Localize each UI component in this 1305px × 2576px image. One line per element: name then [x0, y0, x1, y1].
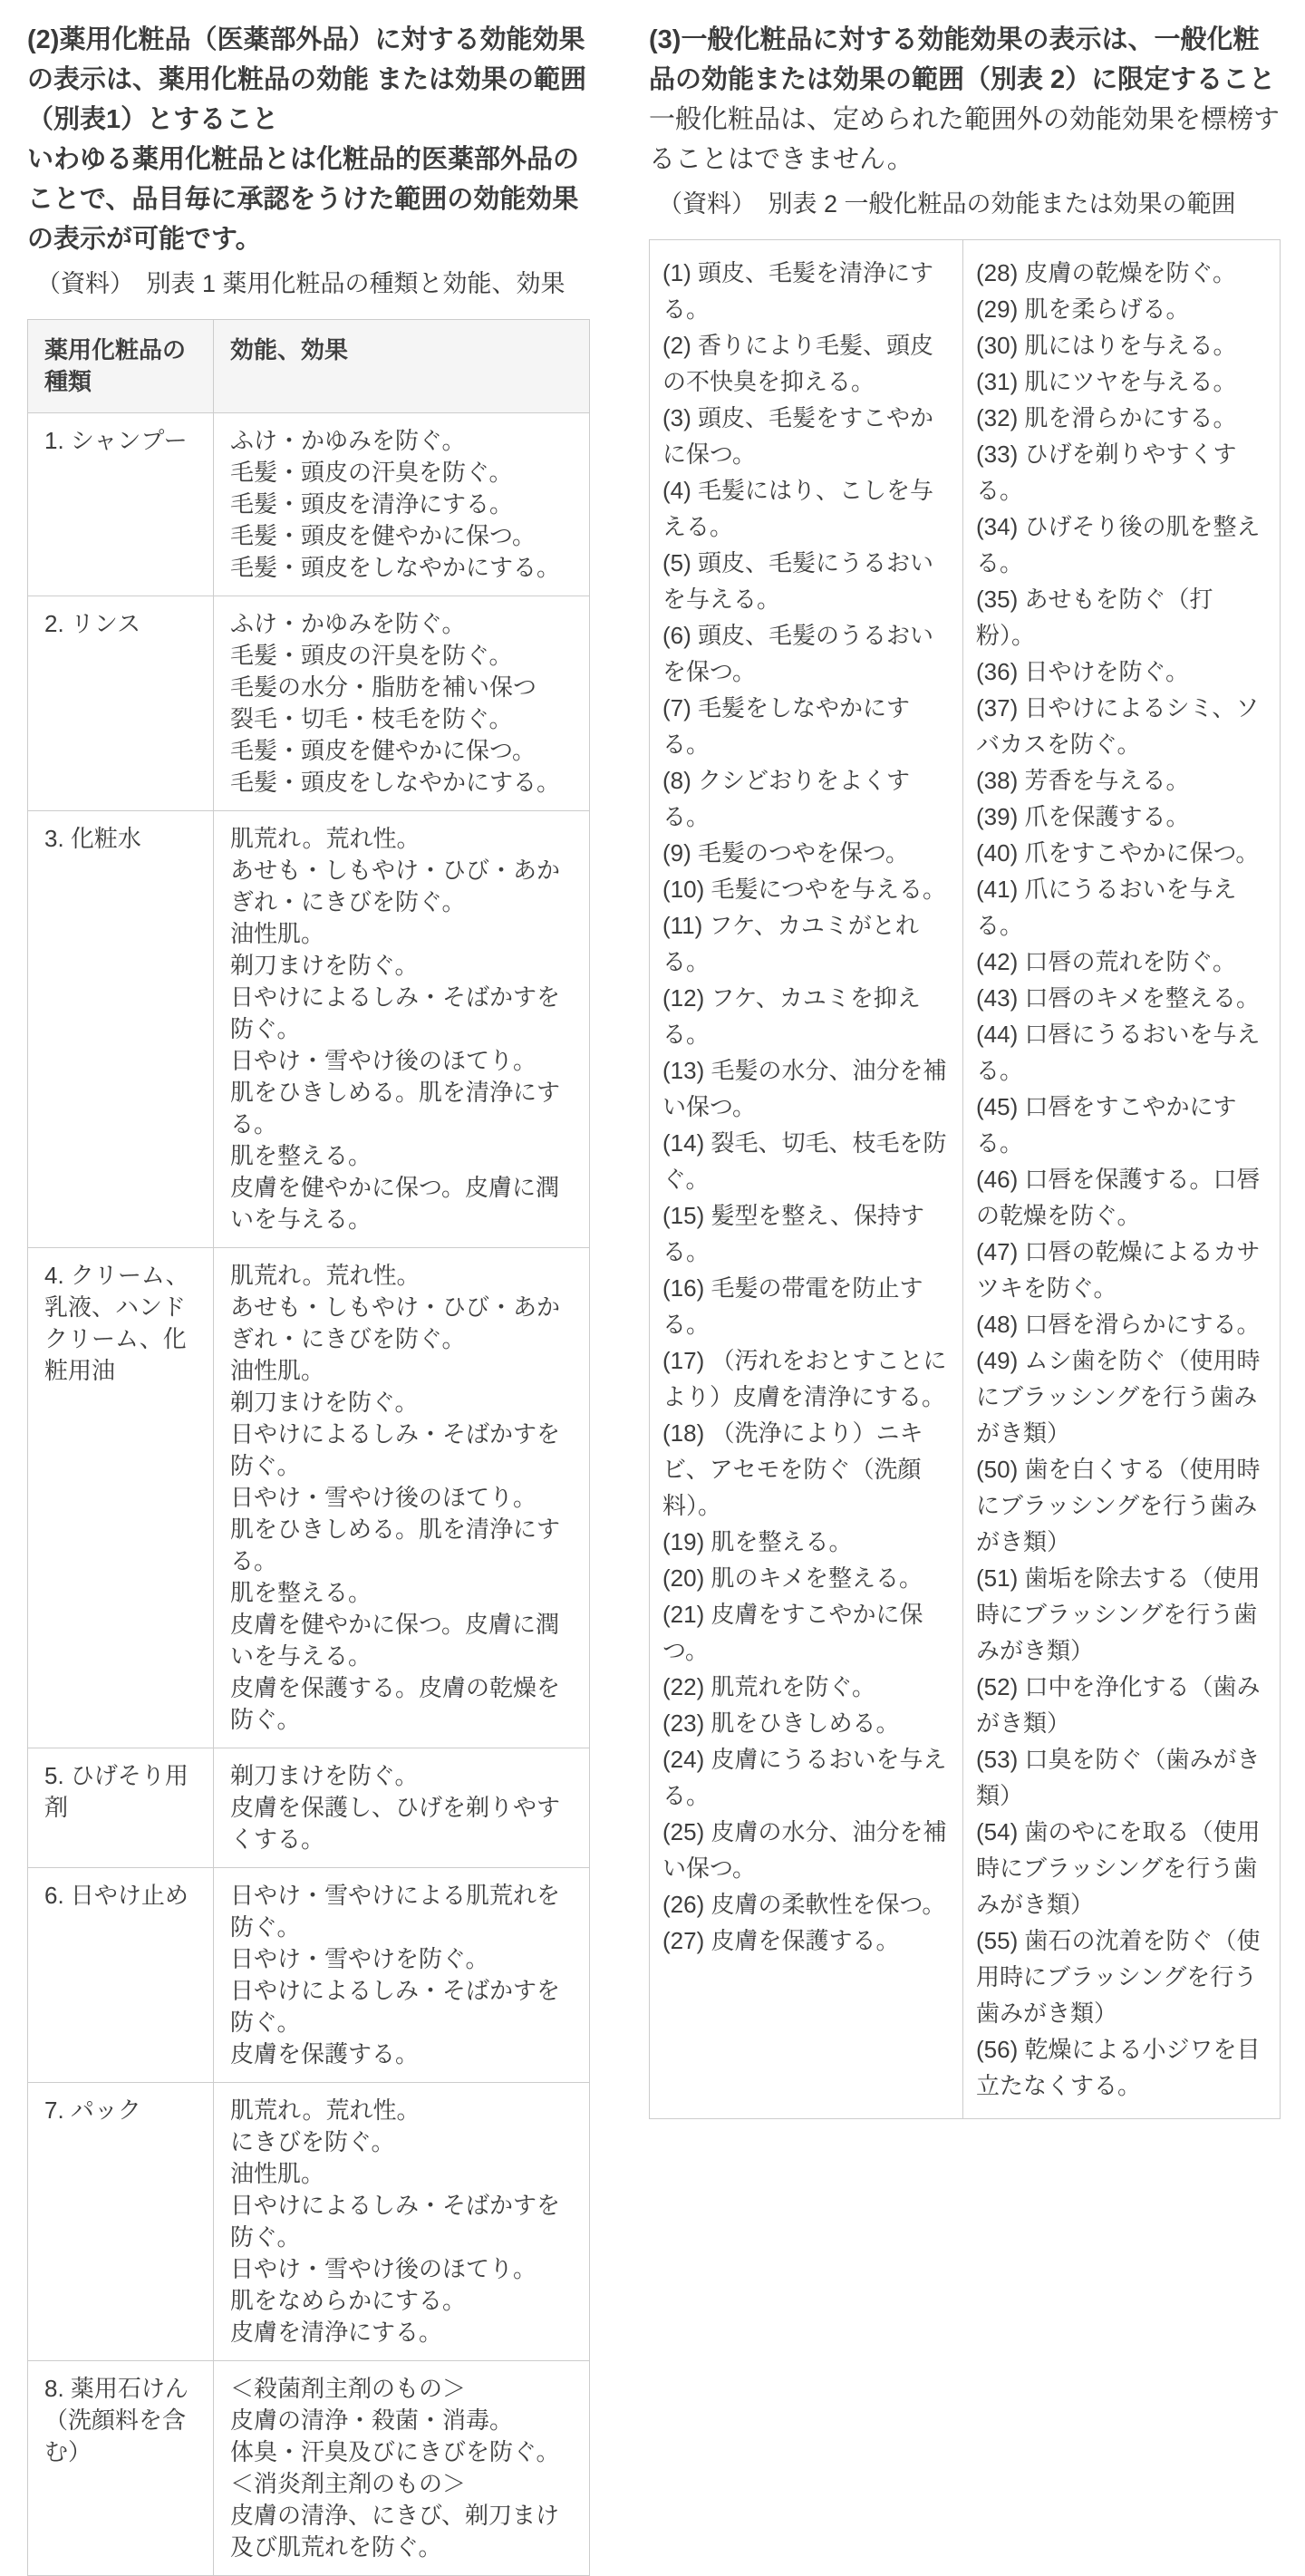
effect-line: ふけ・かゆみを防ぐ。 [230, 425, 573, 457]
effect-line: 日やけによるしみ・そばかすを防ぐ。 [230, 2190, 573, 2253]
effect-item: (15) 髪型を整え、保持する。 [662, 1197, 950, 1270]
product-type-cell: 7. パック [28, 2083, 214, 2361]
effect-line: 日やけ・雪やけ後のほてり。 [230, 1482, 573, 1514]
effect-item: (47) 口唇の乾燥によるカサツキを防ぐ。 [976, 1234, 1267, 1306]
effect-item: (43) 口唇のキメを整える。 [976, 980, 1267, 1016]
page: (2)薬用化粧品（医薬部外品）に対する効能効果の表示は、薬用化粧品の効能 または… [0, 0, 1305, 2576]
effect-line: 肌を整える。 [230, 1577, 573, 1609]
effect-item: (49) ムシ歯を防ぐ（使用時にブラッシングを行う歯みがき類） [976, 1342, 1267, 1451]
effect-item: (52) 口中を浄化する（歯みがき類） [976, 1669, 1267, 1741]
effect-line: ふけ・かゆみを防ぐ。 [230, 608, 573, 640]
effect-line: 毛髪・頭皮をしなやかにする。 [230, 767, 573, 799]
effect-line: 肌をなめらかにする。 [230, 2285, 573, 2317]
effect-item: (20) 肌のキメを整える。 [662, 1560, 950, 1596]
effect-line: 肌荒れ。荒れ性。 [230, 1260, 573, 1292]
table-row: 6. 日やけ止め日やけ・雪やけによる肌荒れを防ぐ。日やけ・雪やけを防ぐ。日やけに… [28, 1868, 590, 2083]
effect-item: (26) 皮膚の柔軟性を保つ。 [662, 1886, 950, 1922]
product-type-cell: 4. クリーム、乳液、ハンドクリーム、化粧用油 [28, 1248, 214, 1748]
effect-item: (5) 頭皮、毛髪にうるおいを与える。 [662, 545, 950, 617]
table-row: 8. 薬用石けん（洗顔料を含む）＜殺菌剤主剤のもの＞皮膚の清浄・殺菌・消毒。体臭… [28, 2361, 590, 2576]
effect-item: (56) 乾燥による小ジワを目立たなくする。 [976, 2031, 1267, 2104]
product-type-cell: 2. リンス [28, 596, 214, 811]
effect-item: (42) 口唇の荒れを防ぐ。 [976, 944, 1267, 980]
effect-item: (12) フケ、カユミを抑える。 [662, 980, 950, 1052]
effects-cell: ふけ・かゆみを防ぐ。毛髪・頭皮の汗臭を防ぐ。毛髪・頭皮を清浄にする。毛髪・頭皮を… [214, 413, 590, 596]
effect-item: (3) 頭皮、毛髪をすこやかに保つ。 [662, 400, 950, 472]
effect-line: 皮膚を保護する。皮膚の乾燥を防ぐ。 [230, 1672, 573, 1736]
effect-line: 肌をひきしめる。肌を清浄にする。 [230, 1077, 573, 1140]
effect-item: (55) 歯石の沈着を防ぐ（使用時にブラッシングを行う歯みがき類） [976, 1922, 1267, 2031]
effect-item: (1) 頭皮、毛髪を清浄にする。 [662, 255, 950, 327]
effect-line: 毛髪・頭皮をしなやかにする。 [230, 552, 573, 584]
effect-line: 肌をひきしめる。肌を清浄にする。 [230, 1514, 573, 1577]
effect-item: (9) 毛髪のつやを保つ。 [662, 835, 950, 871]
effect-item: (36) 日やけを防ぐ。 [976, 654, 1267, 690]
effect-item: (2) 香りにより毛髪、頭皮の不快臭を抑える。 [662, 327, 950, 400]
effect-item: (18) （洗浄により）ニキビ、アセモを防ぐ（洗顔料）。 [662, 1415, 950, 1524]
paragraph-general-cosmetics: 一般化粧品は、定められた範囲外の効能効果を標榜することはできません。 [649, 100, 1280, 179]
effect-line: 油性肌。 [230, 2158, 573, 2190]
effect-line: 皮膚の清浄、にきび、剃刀まけ及び肌荒れを防ぐ。 [230, 2500, 573, 2563]
table-row: 1. シャンプーふけ・かゆみを防ぐ。毛髪・頭皮の汗臭を防ぐ。毛髪・頭皮を清浄にす… [28, 413, 590, 596]
beppyo2-row: (1) 頭皮、毛髪を清浄にする。(2) 香りにより毛髪、頭皮の不快臭を抑える。(… [650, 240, 1281, 2119]
effect-line: 油性肌。 [230, 918, 573, 950]
effect-item: (29) 肌を柔らげる。 [976, 291, 1267, 327]
effect-item: (53) 口臭を防ぐ（歯みがき類） [976, 1741, 1267, 1814]
table-row: 3. 化粧水肌荒れ。荒れ性。あせも・しもやけ・ひび・あかぎれ・にきびを防ぐ。油性… [28, 811, 590, 1248]
caption-beppyo2: （資料） 別表 2 一般化粧品の効能または効果の範囲 [649, 185, 1280, 223]
effect-item: (46) 口唇を保護する。口唇の乾燥を防ぐ。 [976, 1161, 1267, 1234]
effect-line: 日やけによるしみ・そばかすを防ぐ。 [230, 1419, 573, 1482]
effect-item: (23) 肌をひきしめる。 [662, 1705, 950, 1741]
effect-item: (24) 皮膚にうるおいを与える。 [662, 1741, 950, 1814]
effect-line: あせも・しもやけ・ひび・あかぎれ・にきびを防ぐ。 [230, 855, 573, 918]
effects-cell: 日やけ・雪やけによる肌荒れを防ぐ。日やけ・雪やけを防ぐ。日やけによるしみ・そばか… [214, 1868, 590, 2083]
heading-medicated-cosmetics-note: いわゆる薬用化粧品とは化粧品的医薬部外品のことで、品目毎に承認をうけた範囲の効能… [27, 140, 589, 259]
section-general-cosmetics: (3)一般化粧品に対する効能効果の表示は、一般化粧品の効能または効果の範囲（別表… [649, 20, 1280, 2119]
effect-item: (28) 皮膚の乾燥を防ぐ。 [976, 255, 1267, 291]
beppyo2-table: (1) 頭皮、毛髪を清浄にする。(2) 香りにより毛髪、頭皮の不快臭を抑える。(… [649, 239, 1281, 2119]
effect-item: (22) 肌荒れを防ぐ。 [662, 1669, 950, 1705]
effect-line: 皮膚を健やかに保つ。皮膚に潤いを与える。 [230, 1609, 573, 1672]
effect-item: (41) 爪にうるおいを与える。 [976, 871, 1267, 944]
effect-line: ＜殺菌剤主剤のもの＞ [230, 2373, 573, 2405]
product-type-cell: 3. 化粧水 [28, 811, 214, 1248]
effect-line: 肌を整える。 [230, 1140, 573, 1172]
effect-line: 体臭・汗臭及びにきびを防ぐ。 [230, 2436, 573, 2468]
effect-item: (17) （汚れをおとすことにより）皮膚を清浄にする。 [662, 1342, 950, 1415]
effect-item: (19) 肌を整える。 [662, 1524, 950, 1560]
effect-line: 日やけ・雪やけを防ぐ。 [230, 1943, 573, 1975]
beppyo2-col1: (1) 頭皮、毛髪を清浄にする。(2) 香りにより毛髪、頭皮の不快臭を抑える。(… [650, 240, 963, 2119]
effect-item: (33) ひげを剃りやすくする。 [976, 436, 1267, 508]
effect-line: にきびを防ぐ。 [230, 2126, 573, 2158]
effect-line: 肌荒れ。荒れ性。 [230, 2095, 573, 2126]
effect-item: (39) 爪を保護する。 [976, 799, 1267, 835]
effect-item: (44) 口唇にうるおいを与える。 [976, 1016, 1267, 1089]
column-header-effects: 効能、効果 [214, 320, 590, 413]
effect-line: 毛髪・頭皮を健やかに保つ。 [230, 520, 573, 552]
effect-line: 日やけによるしみ・そばかすを防ぐ。 [230, 1975, 573, 2039]
effect-line: 皮膚を清浄にする。 [230, 2317, 573, 2348]
effect-line: 日やけ・雪やけによる肌荒れを防ぐ。 [230, 1880, 573, 1943]
product-type-cell: 1. シャンプー [28, 413, 214, 596]
effect-item: (7) 毛髪をしなやかにする。 [662, 690, 950, 762]
effect-item: (11) フケ、カユミがとれる。 [662, 907, 950, 980]
effect-line: 毛髪の水分・脂肪を補い保つ [230, 672, 573, 703]
beppyo1-header-row: 薬用化粧品の種類 効能、効果 [28, 320, 590, 413]
effect-item: (54) 歯のやにを取る（使用時にブラッシングを行う歯みがき類） [976, 1814, 1267, 1922]
product-type-cell: 5. ひげそり用剤 [28, 1748, 214, 1868]
effect-line: 剃刀まけを防ぐ。 [230, 1387, 573, 1419]
effect-item: (31) 肌にツヤを与える。 [976, 363, 1267, 400]
effect-line: 剃刀まけを防ぐ。 [230, 950, 573, 982]
effect-item: (16) 毛髪の帯電を防止する。 [662, 1270, 950, 1342]
product-type-cell: 8. 薬用石けん（洗顔料を含む） [28, 2361, 214, 2576]
effect-line: 毛髪・頭皮の汗臭を防ぐ。 [230, 457, 573, 489]
heading-medicated-cosmetics: (2)薬用化粧品（医薬部外品）に対する効能効果の表示は、薬用化粧品の効能 または… [27, 20, 589, 140]
effects-cell: ふけ・かゆみを防ぐ。毛髪・頭皮の汗臭を防ぐ。毛髪の水分・脂肪を補い保つ裂毛・切毛… [214, 596, 590, 811]
beppyo1-body: 1. シャンプーふけ・かゆみを防ぐ。毛髪・頭皮の汗臭を防ぐ。毛髪・頭皮を清浄にす… [28, 413, 590, 2576]
effect-item: (25) 皮膚の水分、油分を補い保つ。 [662, 1814, 950, 1886]
effect-item: (34) ひげそり後の肌を整える。 [976, 508, 1267, 581]
effect-item: (45) 口唇をすこやかにする。 [976, 1089, 1267, 1161]
effect-item: (40) 爪をすこやかに保つ。 [976, 835, 1267, 871]
effect-line: 日やけによるしみ・そばかすを防ぐ。 [230, 982, 573, 1045]
beppyo1-table: 薬用化粧品の種類 効能、効果 1. シャンプーふけ・かゆみを防ぐ。毛髪・頭皮の汗… [27, 319, 590, 2576]
effect-line: ＜消炎剤主剤のもの＞ [230, 2468, 573, 2500]
effect-line: あせも・しもやけ・ひび・あかぎれ・にきびを防ぐ。 [230, 1292, 573, 1355]
effect-item: (51) 歯垢を除去する（使用時にブラッシングを行う歯みがき類） [976, 1560, 1267, 1669]
effect-line: 裂毛・切毛・枝毛を防ぐ。 [230, 703, 573, 735]
effects-cell: ＜殺菌剤主剤のもの＞皮膚の清浄・殺菌・消毒。体臭・汗臭及びにきびを防ぐ。＜消炎剤… [214, 2361, 590, 2576]
effects-cell: 肌荒れ。荒れ性。あせも・しもやけ・ひび・あかぎれ・にきびを防ぐ。油性肌。剃刀まけ… [214, 811, 590, 1248]
effect-line: 毛髪・頭皮の汗臭を防ぐ。 [230, 640, 573, 672]
effect-item: (48) 口唇を滑らかにする。 [976, 1306, 1267, 1342]
effect-item: (14) 裂毛、切毛、枝毛を防ぐ。 [662, 1125, 950, 1197]
effect-line: 皮膚を保護する。 [230, 2039, 573, 2070]
effect-line: 毛髪・頭皮を健やかに保つ。 [230, 735, 573, 767]
effect-line: 毛髪・頭皮を清浄にする。 [230, 489, 573, 520]
caption-beppyo1: （資料） 別表 1 薬用化粧品の種類と効能、効果 [27, 265, 589, 303]
effect-line: 皮膚の清浄・殺菌・消毒。 [230, 2405, 573, 2436]
product-type-cell: 6. 日やけ止め [28, 1868, 214, 2083]
effects-cell: 剃刀まけを防ぐ。皮膚を保護し、ひげを剃りやすくする。 [214, 1748, 590, 1868]
effects-cell: 肌荒れ。荒れ性。あせも・しもやけ・ひび・あかぎれ・にきびを防ぐ。油性肌。剃刀まけ… [214, 1248, 590, 1748]
table-row: 7. パック肌荒れ。荒れ性。にきびを防ぐ。油性肌。日やけによるしみ・そばかすを防… [28, 2083, 590, 2361]
table-row: 2. リンスふけ・かゆみを防ぐ。毛髪・頭皮の汗臭を防ぐ。毛髪の水分・脂肪を補い保… [28, 596, 590, 811]
heading-general-cosmetics: (3)一般化粧品に対する効能効果の表示は、一般化粧品の効能または効果の範囲（別表… [649, 20, 1280, 100]
effects-cell: 肌荒れ。荒れ性。にきびを防ぐ。油性肌。日やけによるしみ・そばかすを防ぐ。日やけ・… [214, 2083, 590, 2361]
effect-line: 皮膚を保護し、ひげを剃りやすくする。 [230, 1792, 573, 1855]
effect-item: (37) 日やけによるシミ、ソバカスを防ぐ。 [976, 690, 1267, 762]
table-row: 4. クリーム、乳液、ハンドクリーム、化粧用油肌荒れ。荒れ性。あせも・しもやけ・… [28, 1248, 590, 1748]
effect-line: 日やけ・雪やけ後のほてり。 [230, 1045, 573, 1077]
effect-line: 肌荒れ。荒れ性。 [230, 823, 573, 855]
effect-item: (13) 毛髪の水分、油分を補い保つ。 [662, 1052, 950, 1125]
effect-item: (30) 肌にはりを与える。 [976, 327, 1267, 363]
section-medicated-cosmetics: (2)薬用化粧品（医薬部外品）に対する効能効果の表示は、薬用化粧品の効能 または… [27, 20, 589, 2576]
effect-line: 日やけ・雪やけ後のほてり。 [230, 2253, 573, 2285]
effect-item: (27) 皮膚を保護する。 [662, 1922, 950, 1959]
effect-item: (32) 肌を滑らかにする。 [976, 400, 1267, 436]
effect-item: (35) あせもを防ぐ（打粉）。 [976, 581, 1267, 654]
effect-line: 剃刀まけを防ぐ。 [230, 1760, 573, 1792]
effect-item: (10) 毛髪につやを与える。 [662, 871, 950, 907]
table-row: 5. ひげそり用剤剃刀まけを防ぐ。皮膚を保護し、ひげを剃りやすくする。 [28, 1748, 590, 1868]
effect-line: 皮膚を健やかに保つ。皮膚に潤いを与える。 [230, 1172, 573, 1235]
effect-item: (38) 芳香を与える。 [976, 762, 1267, 799]
effect-line: 油性肌。 [230, 1355, 573, 1387]
effect-item: (6) 頭皮、毛髪のうるおいを保つ。 [662, 617, 950, 690]
effect-item: (50) 歯を白くする（使用時にブラッシングを行う歯みがき類） [976, 1451, 1267, 1560]
effect-item: (8) クシどおりをよくする。 [662, 762, 950, 835]
beppyo2-col2: (28) 皮膚の乾燥を防ぐ。(29) 肌を柔らげる。(30) 肌にはりを与える。… [963, 240, 1281, 2119]
effect-item: (21) 皮膚をすこやかに保つ。 [662, 1596, 950, 1669]
column-header-product-type: 薬用化粧品の種類 [28, 320, 214, 413]
effect-item: (4) 毛髪にはり、こしを与える。 [662, 472, 950, 545]
